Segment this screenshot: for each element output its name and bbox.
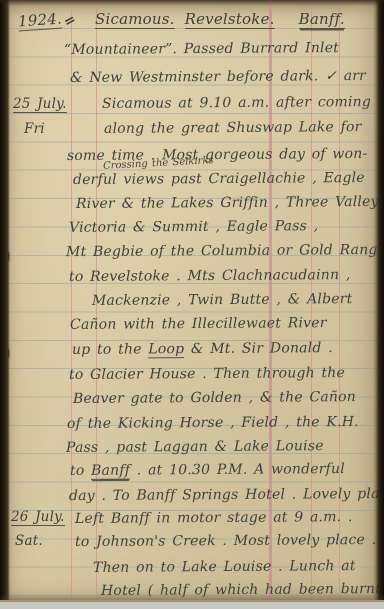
journal-line: Sicamous at 9.10 a.m. after coming <box>102 94 371 113</box>
journal-line: Then on to Lake Louise . Lunch at <box>93 558 356 577</box>
journal-line: Mt Begbie of the Columbia or Gold Range. <box>66 242 384 261</box>
notebook-page: 1924. = Sicamous.Revelstoke.Banff. 25 Ju… <box>0 0 384 602</box>
margin-note: 25 July. <box>13 96 67 112</box>
journal-line: “Mountaineer”. Passed Burrard Inlet <box>64 40 339 59</box>
journal-line: Beaver gate to Golden , & the Cañon <box>73 389 356 408</box>
page-title: Sicamous.Revelstoke.Banff. <box>95 10 345 28</box>
insertion-mark: = <box>61 11 79 31</box>
table-surface <box>0 600 384 609</box>
journal-line: derful views past Craigellachie , Eagle <box>73 170 365 189</box>
journal-line: to Banff . at 10.30 P.M. A wonderful <box>70 461 345 480</box>
journal-line: Victoria & Summit , Eagle Pass , <box>69 218 318 237</box>
journal-line: to Revelstoke . Mts Clachnacudainn , <box>69 267 351 286</box>
journal-line: up to the Loop & Mt. Sir Donald . <box>72 340 333 359</box>
journal-line: along the great Shuswap Lake for <box>104 119 362 138</box>
journal-line: Mackenzie , Twin Butte , & Albert <box>92 291 353 310</box>
journal-line: Left Banff in motor stage at 9 a.m. . <box>75 509 353 528</box>
journal-line: day . To Banff Springs Hotel . Lovely pl… <box>69 486 384 505</box>
page-right-edge <box>373 0 384 603</box>
page-top-edge <box>0 0 384 6</box>
title-word: Revelstoke. <box>185 10 275 29</box>
entry-header: 1924. = Sicamous.Revelstoke.Banff. <box>0 9 384 35</box>
journal-line: Pass , past Laggan & Lake Louise <box>66 438 324 457</box>
title-word: Banff. <box>299 10 345 29</box>
margin-note: Fri <box>24 121 45 137</box>
book-spine-edge <box>0 0 10 603</box>
journal-line: Hotel ( half of which had been burnt <box>101 581 381 600</box>
journal-line: Cañon with the Illecillewaet River <box>70 315 327 334</box>
red-margin-line-1 <box>71 0 72 602</box>
journal-line: of the Kicking Horse , Field , the K.H. <box>67 414 359 433</box>
journal-scan: 1924. = Sicamous.Revelstoke.Banff. 25 Ju… <box>0 0 384 609</box>
title-word: Sicamous. <box>95 10 175 29</box>
margin-note: 26 July. <box>11 509 65 525</box>
journal-line: to Johnson's Creek . Most lovely place . <box>75 532 376 551</box>
journal-line: River & the Lakes Griffin , Three Valley <box>76 194 379 213</box>
journal-line: to Glacier House . Then through the <box>69 365 345 384</box>
journal-line: & New Westminster before dark. ✓ arr <box>70 68 366 87</box>
year-label: 1924. <box>17 9 62 31</box>
margin-note: Sat. <box>15 533 43 549</box>
